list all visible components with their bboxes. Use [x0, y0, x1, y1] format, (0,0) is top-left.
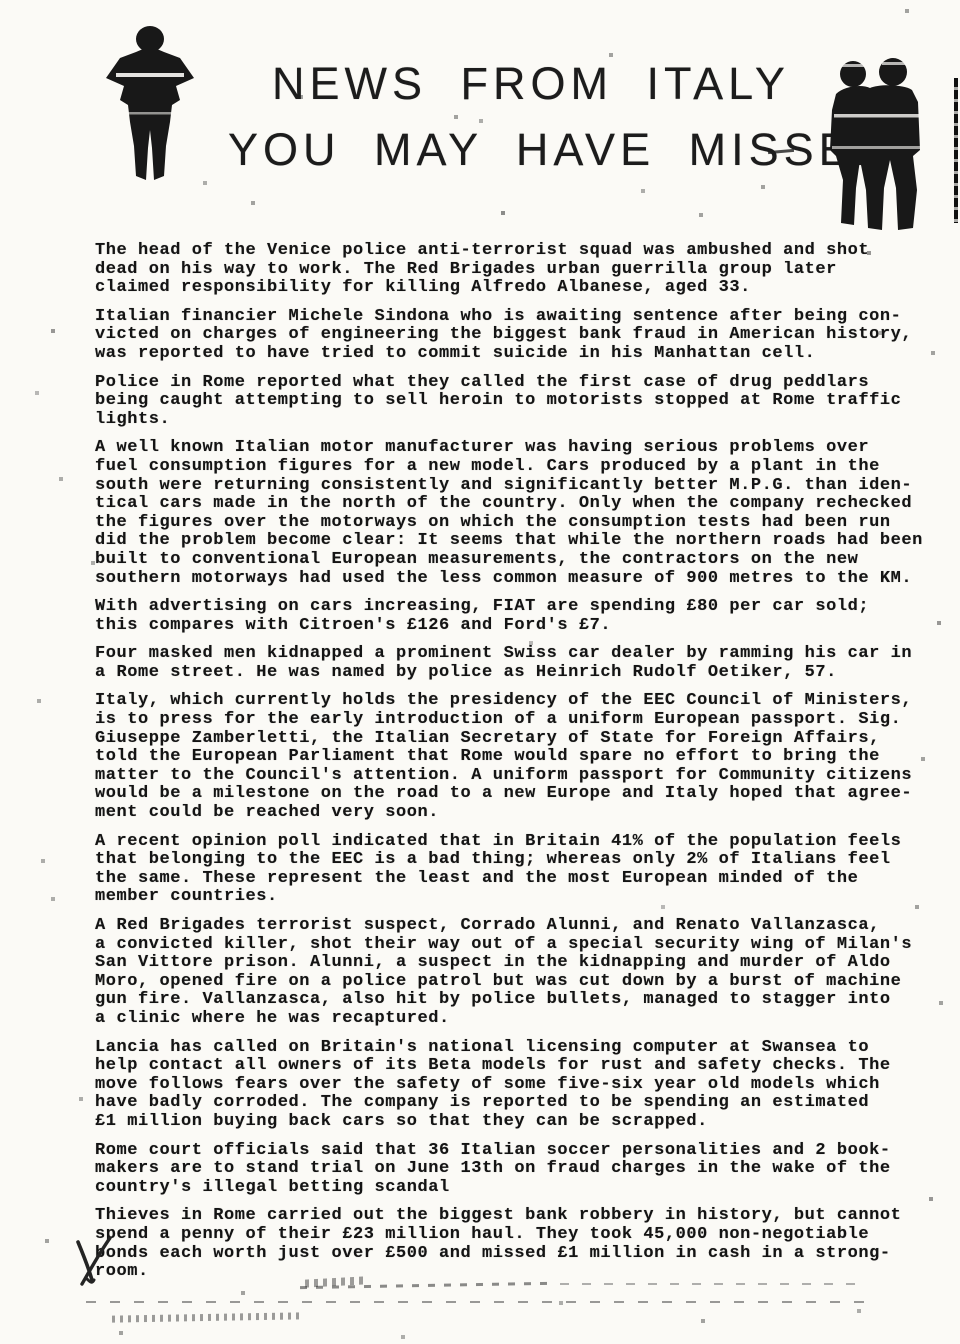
paragraph-soccer-trial: Rome court officials said that 36 Italia… [95, 1142, 930, 1198]
paragraph-fuel-consumption: A well known Italian motor manufacturer … [95, 439, 930, 588]
handwritten-check-icon [72, 1234, 116, 1296]
paragraph-prison-escape: A Red Brigades terrorist suspect, Corrad… [95, 917, 930, 1029]
scan-edge-artifact [954, 78, 958, 223]
paragraph-venice-police: The head of the Venice police anti-terro… [95, 242, 930, 298]
person-silhouette-icon [102, 26, 198, 188]
paragraph-lancia-recall: Lancia has called on Britain's national … [95, 1039, 930, 1132]
paragraph-eec-passport: Italy, which currently holds the preside… [95, 692, 930, 822]
article-body: The head of the Venice police anti-terro… [95, 242, 930, 1292]
paragraph-bank-robbery: Thieves in Rome carried out the biggest … [95, 1207, 930, 1281]
paragraph-kidnapped-dealer: Four masked men kidnapped a prominent Sw… [95, 645, 930, 682]
couple-silhouette-icon [812, 58, 942, 238]
paragraph-fiat-advertising: With advertising on cars increasing, FIA… [95, 598, 930, 635]
paragraph-drug-peddlars: Police in Rome reported what they called… [95, 374, 930, 430]
scan-noise-speckles [0, 0, 2, 2]
paragraph-sindona: Italian financier Michele Sindona who is… [95, 308, 930, 364]
scanned-newsletter-page: NEWS FROM ITALY YOU MAY HAVE MISSED The … [0, 0, 960, 1344]
paragraph-opinion-poll: A recent opinion poll indicated that in … [95, 833, 930, 907]
scan-smudge [86, 1301, 866, 1303]
page-title-line1: NEWS FROM ITALY [272, 58, 790, 110]
page-title-line2: YOU MAY HAVE MISSED [228, 124, 891, 176]
scan-smudge [112, 1312, 302, 1322]
